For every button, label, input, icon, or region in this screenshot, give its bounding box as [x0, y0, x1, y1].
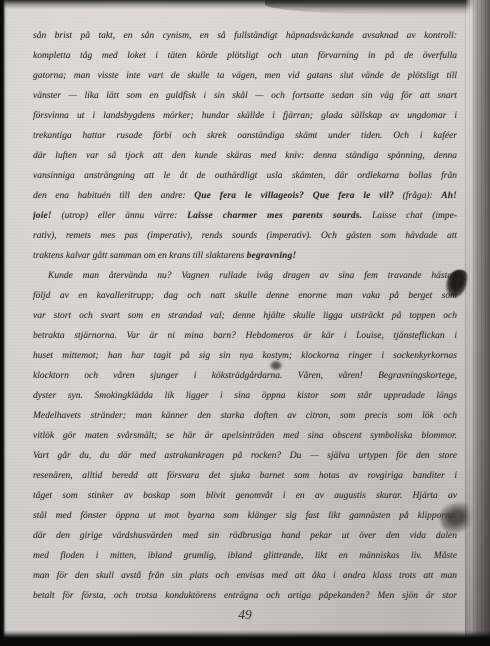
emphasized-text-run: Que fera le villageois? Que fera le vil? [194, 191, 394, 201]
text-run: rativ), remets mes pas (imperativ), rend… [33, 231, 457, 241]
text-run: Medelhavets stränder; man känner den sta… [33, 411, 457, 421]
text-run: betrakta stjärnorna. Var är ni mina barn… [33, 331, 457, 341]
text-line: med floden i mitten, ibland grumlig, ibl… [33, 546, 457, 566]
text-line: trekantiga hattar rusade förbi och skrek… [33, 126, 457, 146]
text-line: den ena habituén till den andre: Que fer… [33, 186, 457, 206]
text-line: vansinniga ansträngning att le åt de out… [33, 166, 457, 186]
text-run: där luften var så tjock att den kunde sk… [33, 151, 457, 161]
scanned-book-page: sån brist på takt, en sån cynism, en så … [0, 0, 490, 646]
text-line: vitlök gör maten svårsmält; se här är ap… [33, 426, 457, 446]
text-line: huset mittemot; han har tagit på sig sin… [33, 346, 457, 366]
text-line: stål med fönster öppna ut mot byarna som… [33, 506, 457, 526]
text-run: försvinna ut i landsbygdens mörker; hund… [33, 111, 457, 121]
text-line: kompletta tåg med loket i täten körde pl… [33, 46, 457, 66]
text-line: betalt för första, och trotsa konduktöre… [33, 586, 457, 606]
text-run: klocktorn och våren sjunger i köksträdgå… [33, 371, 457, 381]
text-line: resenären, alltid beredd att försvara de… [33, 466, 457, 486]
text-line: där den girige värdshusvärden med sin rö… [33, 526, 457, 546]
emphasized-text-run: joie! [33, 211, 52, 221]
text-run: Vart går du, du där med astrakankragen p… [33, 451, 457, 461]
text-run: där den girige värdshusvärden med sin rö… [33, 531, 457, 541]
text-line: dyster syn. Smokingklädda lik ligger i s… [33, 386, 457, 406]
emphasized-text-run: Ah! [441, 191, 457, 201]
page-edge-right [465, 0, 490, 646]
text-run: Laisse chat (impe- [362, 211, 457, 221]
text-run: traktens kalvar gått samman om en krans … [33, 251, 247, 261]
text-line: där luften var så tjock att den kunde sk… [33, 146, 457, 166]
text-line: betrakta stjärnorna. Var är ni mina barn… [33, 326, 457, 346]
text-run: sån brist på takt, en sån cynism, en så … [33, 31, 457, 41]
text-run: den ena habituén till den andre: [33, 191, 194, 201]
text-run: vänster — lika lätt som en guldfisk i si… [33, 91, 457, 101]
text-line: följd av en kavalleritrupp; dag och natt… [33, 286, 457, 306]
text-line: vänster — lika lätt som en guldfisk i si… [33, 86, 457, 106]
text-line: rativ), remets mes pas (imperativ), rend… [33, 226, 457, 246]
text-line: försvinna ut i landsbygdens mörker; hund… [33, 106, 457, 126]
text-run: (utrop) eller ännu värre: [52, 211, 187, 221]
text-line: Vart går du, du där med astrakankragen p… [33, 446, 457, 466]
scan-edge-bottom [0, 630, 490, 646]
text-line: klocktorn och våren sjunger i köksträdgå… [33, 366, 457, 386]
text-run: kompletta tåg med loket i täten körde pl… [33, 51, 457, 61]
text-run: gatorna; man visste inte vart de skulle … [33, 71, 457, 81]
text-run: vitlök gör maten svårsmält; se här är ap… [33, 431, 457, 441]
text-line: Medelhavets stränder; man känner den sta… [33, 406, 457, 426]
text-line: man för den skull avstå från sin plats o… [33, 566, 457, 586]
scan-edge-left [0, 0, 7, 646]
text-line: tåget som stinker av boskap som blivit g… [33, 486, 457, 506]
text-run: dyster syn. Smokingklädda lik ligger i s… [33, 391, 457, 401]
text-line: var stort och svart som en strandad val;… [33, 306, 457, 326]
small-smudge [269, 360, 283, 371]
emphasized-text-run: Laisse charmer mes parents sourds. [187, 211, 362, 221]
text-line: gatorna; man visste inte vart de skulle … [33, 66, 457, 86]
scan-edge-top-right [265, 0, 490, 15]
page-number: 49 [33, 607, 457, 623]
text-line: traktens kalvar gått samman om en krans … [33, 246, 457, 266]
text-run: (fråga): [394, 191, 441, 201]
text-run: huset mittemot; han har tagit på sig sin… [33, 351, 457, 361]
text-run: vansinniga ansträngning att le åt de out… [33, 171, 457, 181]
text-run: stål med fönster öppna ut mot byarna som… [33, 511, 457, 521]
text-run: trekantiga hattar rusade förbi och skrek… [33, 131, 457, 141]
emphasized-text-run: begravning! [247, 251, 297, 261]
text-line: joie! (utrop) eller ännu värre: Laisse c… [33, 206, 457, 226]
text-run: Kunde man återvända nu? Vagnen rullade i… [48, 271, 457, 281]
text-run: man för den skull avstå från sin plats o… [33, 571, 457, 581]
text-run: betalt för första, och trotsa konduktöre… [33, 591, 457, 601]
text-run: följd av en kavalleritrupp; dag och natt… [33, 291, 457, 301]
text-block: sån brist på takt, en sån cynism, en så … [33, 26, 457, 606]
text-run: med floden i mitten, ibland grumlig, ibl… [33, 551, 457, 561]
text-line: sån brist på takt, en sån cynism, en så … [33, 26, 457, 46]
text-run: resenären, alltid beredd att försvara de… [33, 471, 457, 481]
text-run: tåget som stinker av boskap som blivit g… [33, 491, 457, 501]
text-run: var stort och svart som en strandad val;… [33, 311, 457, 321]
text-line: Kunde man återvända nu? Vagnen rullade i… [33, 266, 457, 286]
